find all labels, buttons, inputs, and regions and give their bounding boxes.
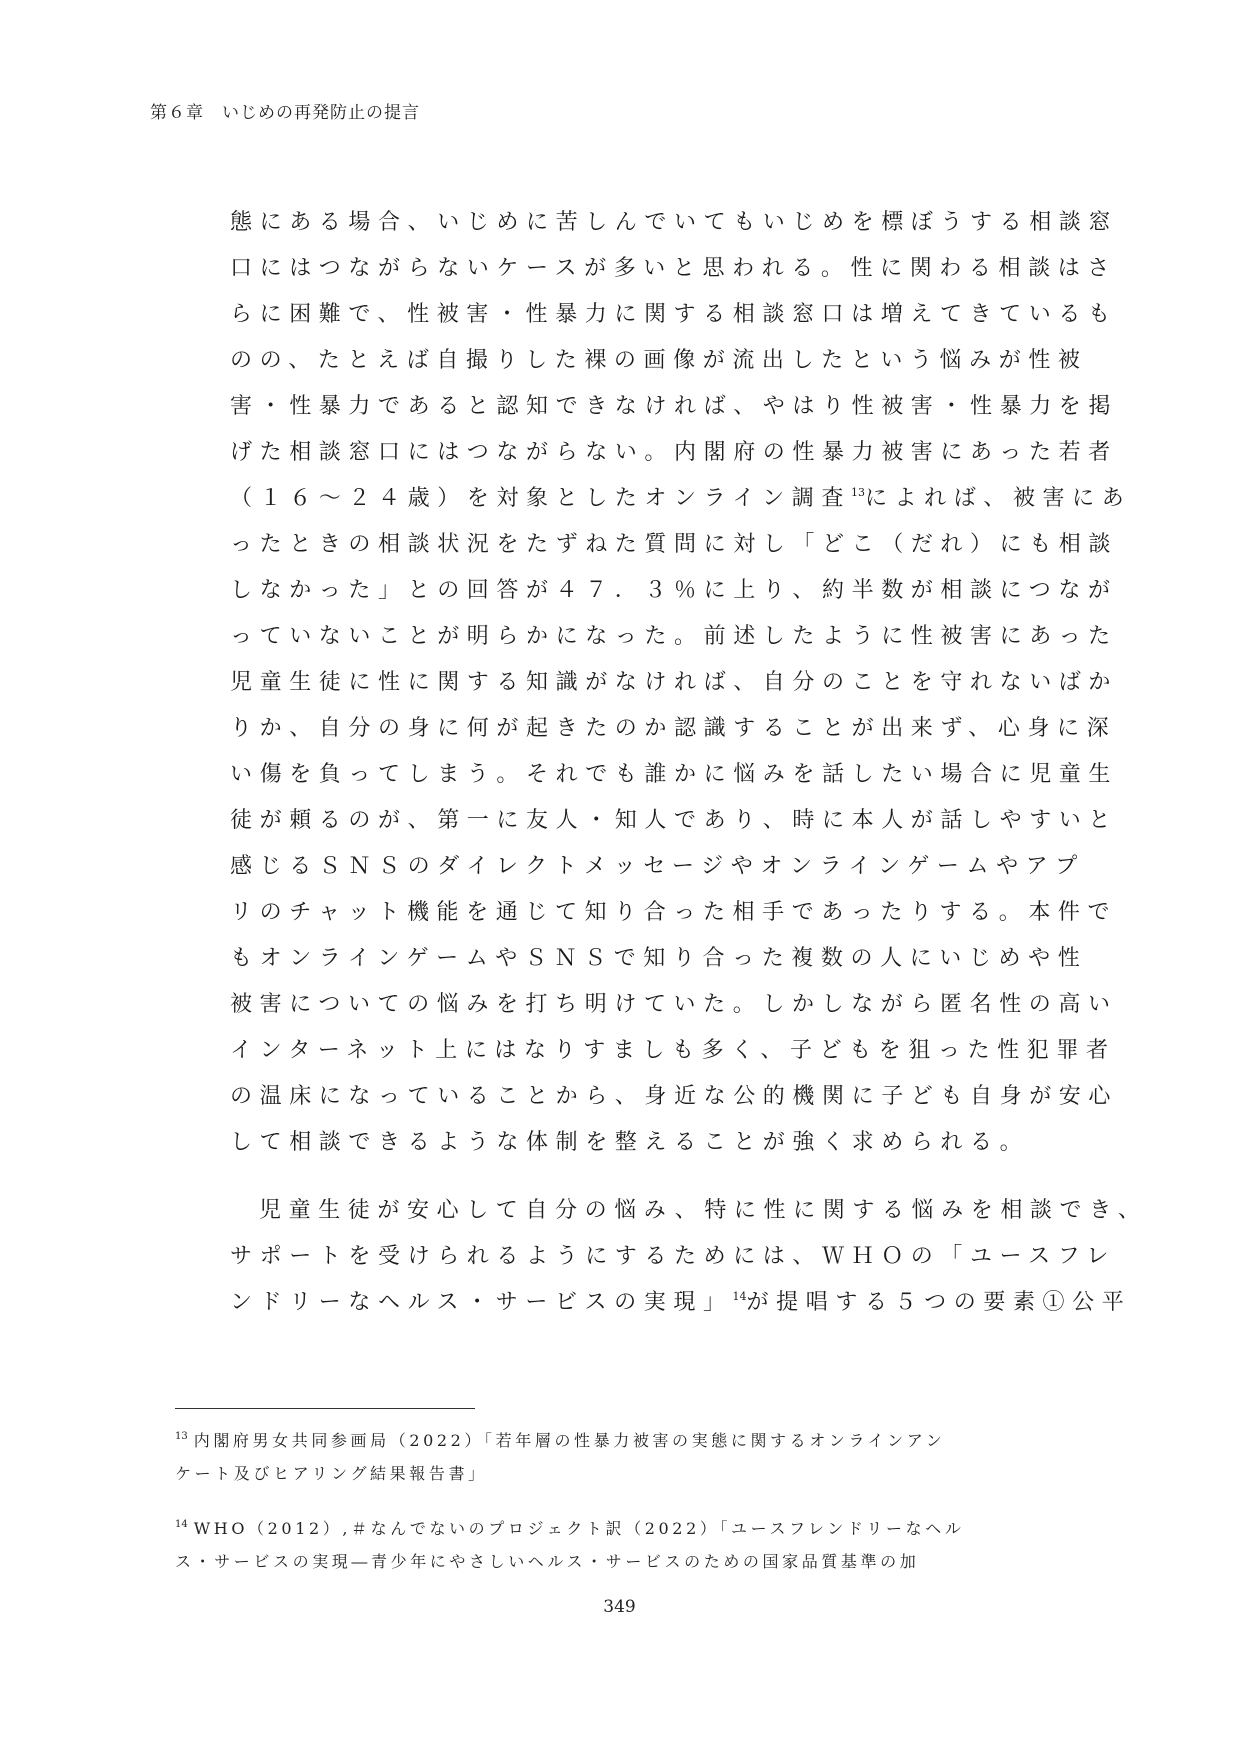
text-segment: （１６～２４歳）を対象としたオンライン調査 bbox=[230, 486, 851, 511]
footnote-line: 13内閣府男女共同参画局（2022）「若年層の性暴力被害の実態に関するオンライン… bbox=[175, 1420, 1075, 1457]
footnote-text: WHO（2012）,＃なんでないのプロジェクト訳（2022）「ユースフレンドリー… bbox=[194, 1519, 965, 1538]
footnote-mark: 13 bbox=[175, 1431, 188, 1442]
text-segment: ンドリーなヘルス・サービスの実現」 bbox=[230, 1290, 733, 1315]
text-line: い傷を負ってしまう。それでも誰かに悩みを話したい場合に児童生 bbox=[230, 752, 1060, 798]
text-line: リのチャット機能を通じて知り合った相手であったりする。本件で bbox=[230, 890, 1060, 936]
text-line: ンドリーなヘルス・サービスの実現」14が提唱する５つの要素①公平 bbox=[230, 1280, 1060, 1326]
footnote-line: 14WHO（2012）,＃なんでないのプロジェクト訳（2022）「ユースフレンド… bbox=[175, 1508, 1075, 1545]
footnote-14: 14WHO（2012）,＃なんでないのプロジェクト訳（2022）「ユースフレンド… bbox=[175, 1508, 1075, 1578]
paragraph-gap bbox=[230, 1166, 1060, 1188]
text-line: りか、自分の身に何が起きたのか認識することが出来ず、心身に深 bbox=[230, 706, 1060, 752]
text-line: のの、たとえば自撮りした裸の画像が流出したという悩みが性被 bbox=[230, 338, 1060, 384]
footnote-divider bbox=[175, 1408, 475, 1409]
text-line: サポートを受けられるようにするためには、ＷＨＯの「ユースフレ bbox=[230, 1234, 1060, 1280]
text-line: して相談できるような体制を整えることが強く求められる。 bbox=[230, 1120, 1060, 1166]
text-line: 徒が頼るのが、第一に友人・知人であり、時に本人が話しやすいと bbox=[230, 798, 1060, 844]
body-text: 態にある場合、いじめに苦しんでいてもいじめを標ぼうする相談窓 口にはつながらない… bbox=[230, 200, 1060, 1326]
text-line: 感じるＳＮＳのダイレクトメッセージやオンラインゲームやアプ bbox=[230, 844, 1060, 890]
footnote-mark: 14 bbox=[175, 1519, 188, 1530]
text-line: ったときの相談状況をたずねた質問に対し「どこ（だれ）にも相談 bbox=[230, 522, 1060, 568]
text-line: の温床になっていることから、身近な公的機関に子ども自身が安心 bbox=[230, 1074, 1060, 1120]
footnote-line: ケート及びヒアリング結果報告書」 bbox=[175, 1457, 1075, 1490]
footnote-ref-13[interactable]: 13 bbox=[851, 486, 865, 499]
text-line: インターネット上にはなりすましも多く、子どもを狙った性犯罪者 bbox=[230, 1028, 1060, 1074]
footnote-ref-14[interactable]: 14 bbox=[733, 1290, 747, 1303]
text-line: 児童生徒が安心して自分の悩み、特に性に関する悩みを相談でき、 bbox=[230, 1188, 1060, 1234]
footnote-text: 内閣府男女共同参画局（2022）「若年層の性暴力被害の実態に関するオンラインアン bbox=[194, 1431, 946, 1450]
text-segment: が提唱する５つの要素①公平 bbox=[747, 1290, 1132, 1315]
text-line: 害・性暴力であると認知できなければ、やはり性被害・性暴力を掲 bbox=[230, 384, 1060, 430]
text-line: っていないことが明らかになった。前述したように性被害にあった bbox=[230, 614, 1060, 660]
text-line: げた相談窓口にはつながらない。内閣府の性暴力被害にあった若者 bbox=[230, 430, 1060, 476]
footnote-13: 13内閣府男女共同参画局（2022）「若年層の性暴力被害の実態に関するオンライン… bbox=[175, 1420, 1075, 1490]
text-line: 態にある場合、いじめに苦しんでいてもいじめを標ぼうする相談窓 bbox=[230, 200, 1060, 246]
text-line: （１６～２４歳）を対象としたオンライン調査13によれば、被害にあ bbox=[230, 476, 1060, 522]
page-number: 349 bbox=[0, 1597, 1239, 1617]
text-line: 口にはつながらないケースが多いと思われる。性に関わる相談はさ bbox=[230, 246, 1060, 292]
text-line: もオンラインゲームやＳＮＳで知り合った複数の人にいじめや性 bbox=[230, 936, 1060, 982]
running-header: 第６章 いじめの再発防止の提言 bbox=[150, 98, 420, 123]
text-line: 被害についての悩みを打ち明けていた。しかしながら匿名性の高い bbox=[230, 982, 1060, 1028]
text-line: しなかった」との回答が４７．３％に上り、約半数が相談につなが bbox=[230, 568, 1060, 614]
text-segment: によれば、被害にあ bbox=[865, 486, 1131, 511]
footnotes: 13内閣府男女共同参画局（2022）「若年層の性暴力被害の実態に関するオンライン… bbox=[175, 1420, 1075, 1596]
text-line: 児童生徒に性に関する知識がなければ、自分のことを守れないばか bbox=[230, 660, 1060, 706]
footnote-line: ス・サービスの実現―青少年にやさしいヘルス・サービスのための国家品質基準の加 bbox=[175, 1545, 1075, 1578]
text-line: らに困難で、性被害・性暴力に関する相談窓口は増えてきているも bbox=[230, 292, 1060, 338]
